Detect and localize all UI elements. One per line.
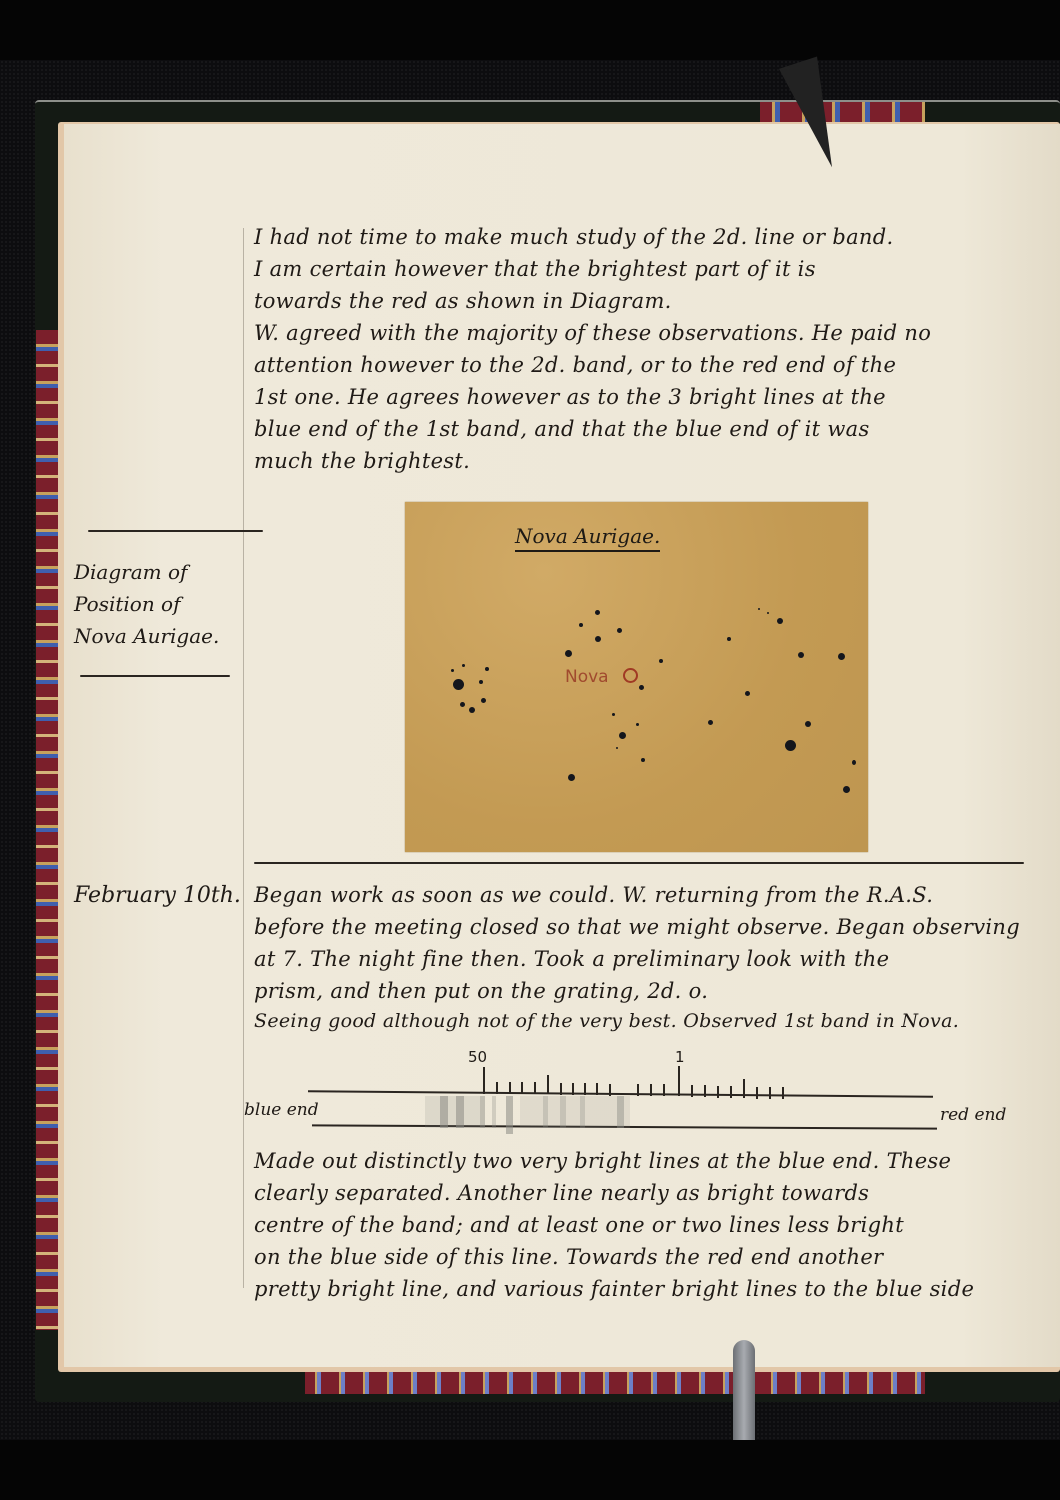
text-line: on the blue side of this line. Towards t…: [254, 1242, 883, 1272]
star-icon: [659, 659, 663, 663]
spectrum-line: [480, 1096, 485, 1128]
margin-rule: [243, 228, 244, 1288]
star-icon: [595, 636, 601, 642]
text-line: Seeing good although not of the very bes…: [254, 1006, 959, 1036]
star-icon: [485, 667, 489, 671]
scale-tick: [483, 1067, 485, 1094]
star-icon: [641, 758, 645, 762]
star-icon: [595, 610, 600, 615]
text-line: W. agreed with the majority of these obs…: [254, 318, 931, 348]
star-icon: [785, 740, 796, 751]
scale-tick: [704, 1085, 706, 1097]
scale-tick: [572, 1083, 574, 1095]
entry-date: February 10th.: [74, 880, 241, 912]
spectrum-line: [580, 1096, 585, 1128]
text-line: centre of the band; and at least one or …: [254, 1210, 904, 1240]
star-icon: [838, 653, 845, 660]
star-icon: [745, 691, 750, 696]
star-chart-title: Nova Aurigae.: [515, 524, 660, 552]
text-line: much the brightest.: [254, 446, 470, 476]
text-line: prism, and then put on the grating, 2d. …: [254, 976, 708, 1006]
marbled-edge-bottom: [305, 1372, 925, 1394]
spectrum-line: [617, 1096, 624, 1128]
text-line: pretty bright line, and various fainter …: [254, 1274, 974, 1304]
text-line: Began work as soon as we could. W. retur…: [254, 880, 933, 910]
star-icon: [568, 774, 575, 781]
star-icon: [462, 664, 465, 667]
marbled-edge-top: [760, 102, 925, 124]
star-icon: [619, 732, 626, 739]
star-icon: [453, 679, 464, 690]
scale-tick: [596, 1083, 598, 1095]
scale-tick: [560, 1083, 562, 1095]
spectrum-line: [543, 1096, 548, 1128]
star-icon: [617, 628, 622, 633]
spectrum-band: [520, 1096, 630, 1128]
star-icon: [481, 698, 486, 703]
scale-tick: [509, 1082, 511, 1094]
star-icon: [777, 618, 783, 624]
text-line: clearly separated. Another line nearly a…: [254, 1178, 869, 1208]
scale-tick: [521, 1082, 523, 1094]
star-icon: [579, 623, 583, 627]
scale-tick: [534, 1082, 536, 1094]
scale-label-50: 50: [468, 1048, 487, 1066]
spectrum-line: [560, 1096, 566, 1128]
star-icon: [767, 612, 769, 614]
spectrum-line: [440, 1096, 448, 1128]
star-icon: [708, 720, 713, 725]
scale-tick: [743, 1079, 745, 1098]
star-icon: [612, 713, 615, 716]
text-line: 1st one. He agrees however as to the 3 b…: [254, 382, 886, 412]
nova-marker-icon: [623, 668, 638, 683]
scale-label-1: 1: [675, 1048, 685, 1066]
red-end-label: red end: [940, 1105, 1006, 1125]
spectrum-band: [425, 1096, 485, 1128]
scale-tick: [782, 1087, 784, 1099]
text-line: at 7. The night fine then. Took a prelim…: [254, 944, 889, 974]
star-icon: [843, 786, 850, 793]
star-icon: [616, 747, 618, 749]
nova-label: Nova: [565, 667, 609, 687]
star-icon: [636, 723, 639, 726]
spectrum-line: [456, 1096, 464, 1128]
star-icon: [565, 650, 572, 657]
scale-tick: [547, 1075, 549, 1094]
star-icon: [758, 608, 760, 610]
margin-divider: [88, 530, 263, 532]
text-line: before the meeting closed so that we mig…: [254, 912, 1020, 942]
star-icon: [639, 685, 644, 690]
blue-end-label: blue end: [244, 1100, 319, 1120]
scale-tick: [691, 1085, 693, 1097]
scale-tick: [769, 1087, 771, 1099]
text-line: I am certain however that the brightest …: [254, 254, 816, 284]
margin-note-line: Diagram of: [74, 556, 187, 588]
star-icon: [727, 637, 731, 641]
marbled-edge-left: [36, 330, 58, 1330]
star-chart-diagram: Nova Aurigae. Nova: [405, 502, 868, 852]
scale-tick: [637, 1084, 639, 1096]
text-line: Made out distinctly two very bright line…: [254, 1146, 951, 1176]
spectrum-line: [506, 1096, 513, 1134]
scale-tick: [609, 1084, 611, 1096]
entry-divider: [254, 862, 1024, 864]
scale-tick: [717, 1086, 719, 1098]
margin-note-line: Nova Aurigae.: [74, 620, 219, 652]
spectrum-line: [492, 1096, 496, 1128]
scale-tick: [584, 1083, 586, 1095]
page-weight-bottom: [733, 1340, 755, 1440]
scale-tick: [650, 1084, 652, 1096]
text-line: blue end of the 1st band, and that the b…: [254, 414, 870, 444]
star-icon: [469, 707, 475, 713]
text-line: towards the red as shown in Diagram.: [254, 286, 672, 316]
star-icon: [460, 702, 465, 707]
scale-tick: [756, 1087, 758, 1099]
star-icon: [451, 669, 454, 672]
star-icon: [798, 652, 804, 658]
scale-tick: [663, 1084, 665, 1096]
margin-note-line: Position of: [74, 588, 181, 620]
text-line: attention however to the 2d. band, or to…: [254, 350, 896, 380]
scale-tick: [730, 1086, 732, 1098]
scale-tick: [678, 1066, 680, 1096]
margin-divider: [80, 675, 230, 677]
scale-tick: [496, 1082, 498, 1094]
star-icon: [852, 760, 856, 765]
star-icon: [479, 680, 483, 684]
star-icon: [805, 721, 811, 727]
text-line: I had not time to make much study of the…: [254, 222, 893, 252]
